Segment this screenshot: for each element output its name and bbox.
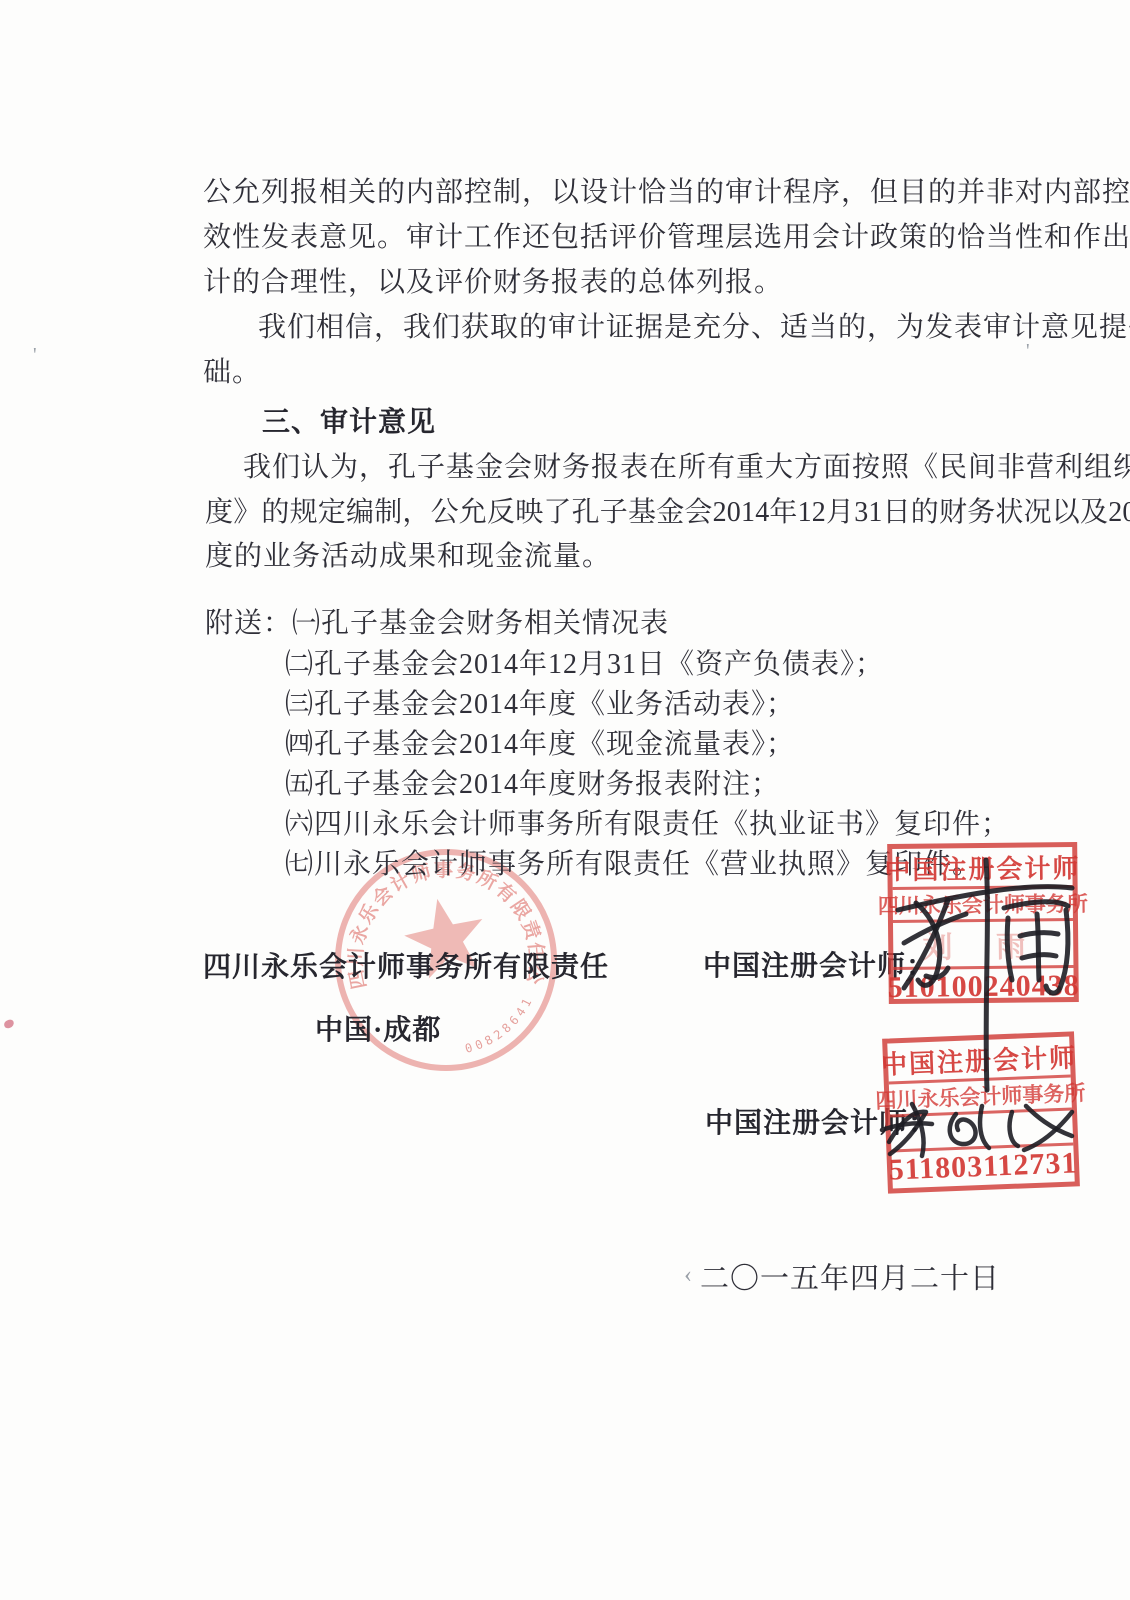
attachment-item: ㈣孔子基金会2014年度《现金流量表》；: [285, 728, 795, 762]
report-date: 二〇一五年四月二十日: [700, 1262, 1000, 1296]
body-text-line: 度的业务活动成果和现金流量。: [205, 540, 611, 574]
attachment-item: ㈥四川永乐会计师事务所有限责任《执业证书》复印件；: [285, 808, 1010, 842]
body-text-line: 效性发表意见。审计工作还包括评价管理层选用会计政策的恰当性和作出会计估: [203, 221, 1130, 255]
firm-city: 中国·成都: [315, 1014, 441, 1048]
ink-dot: [3, 1019, 15, 1030]
seal-serial-number: 00828641: [463, 993, 536, 1056]
handwritten-signature-2: [874, 1082, 1079, 1170]
body-text-line: 公允列报相关的内部控制，以设计恰当的审计程序，但目的并非对内部控制的有: [203, 176, 1130, 210]
body-text-line: 我们认为，孔子基金会财务报表在所有重大方面按照《民间非营利组织会计制: [243, 451, 1130, 485]
attachment-item: ㈡孔子基金会2014年12月31日《资产负债表》；: [285, 648, 884, 682]
handwritten-signature-1: [886, 848, 1086, 1093]
audit-report-page: 四川永乐会计师事务所有限责任公司 00828641 公允列报相关的内部控制，以设…: [0, 0, 1130, 1600]
attachment-item: ㈦川永乐会计师事务所有限责任《营业执照》复印件。: [285, 848, 981, 882]
scan-tick: ‹: [684, 1262, 692, 1289]
body-text-line: 度》的规定编制，公允反映了孔子基金会2014年12月31日的财务状况以及2014…: [205, 496, 1130, 530]
attachment-item: 附送：㈠孔子基金会财务相关情况表: [205, 607, 669, 641]
scan-speck: ': [1026, 340, 1030, 363]
firm-name: 四川永乐会计师事务所有限责任: [203, 951, 609, 985]
attachment-item: ㈢孔子基金会2014年度《业务活动表》；: [285, 688, 795, 722]
body-text-line: 我们相信，我们获取的审计证据是充分、适当的，为发表审计意见提供了基: [258, 311, 1130, 345]
body-text-line: 础。: [203, 356, 261, 390]
svg-text:00828641: 00828641: [463, 993, 536, 1056]
scan-speck: ': [33, 344, 37, 367]
body-text-line: 计的合理性，以及评价财务报表的总体列报。: [203, 266, 783, 300]
audit-opinion-heading: 三、审计意见: [262, 406, 436, 440]
attachment-item: ㈤孔子基金会2014年度财务报表附注；: [285, 768, 780, 802]
